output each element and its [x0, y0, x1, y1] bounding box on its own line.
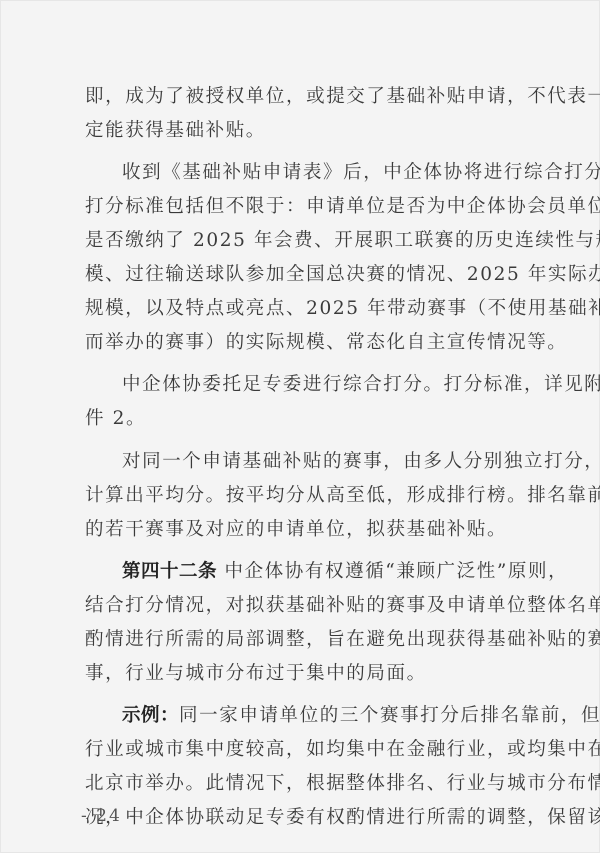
text-line: 的若干赛事及对应的申请单位，拟获基础补贴。	[85, 518, 525, 542]
text-line: 中企体协委托足专委进行综合打分。打分标准，详见附	[85, 373, 562, 397]
line-text: 即，成为了被授权单位，或提交了基础补贴申请，不代表一	[85, 86, 600, 107]
text-line: 况，中企体协联动足专委有权酌情进行所需的调整，保留该	[85, 806, 525, 830]
article-heading: 第四十二条	[122, 561, 217, 582]
article-heading: 示例：	[122, 705, 179, 726]
line-text: 中企体协委托足专委进行综合打分。打分标准，详见附	[122, 374, 600, 395]
line-text: 酌情进行所需的局部调整，旨在避免出现获得基础补贴的赛	[85, 629, 600, 650]
text-line: 模、过往输送球队参加全国总决赛的情况、2025 年实际办赛	[85, 263, 525, 287]
line-text: 是否缴纳了 2025 年会费、开展职工联赛的历史连续性与规	[85, 230, 600, 251]
text-line: 是否缴纳了 2025 年会费、开展职工联赛的历史连续性与规	[85, 229, 525, 253]
text-line: 规模，以及特点或亮点、2025 年带动赛事（不使用基础补贴	[85, 297, 525, 321]
line-text: 的若干赛事及对应的申请单位，拟获基础补贴。	[85, 519, 507, 540]
text-line: 收到《基础补贴申请表》后，中企体协将进行综合打分，	[85, 161, 562, 185]
text-line: 示例：同一家申请单位的三个赛事打分后排名靠前，但	[85, 704, 562, 728]
text-line: 定能获得基础补贴。	[85, 119, 525, 143]
line-text: 定能获得基础补贴。	[85, 120, 266, 141]
line-text: 计算出平均分。按平均分从高至低，形成排行榜。排名靠前	[85, 485, 600, 506]
page-number: - 24 -	[81, 806, 137, 826]
line-text: 中企体协有权遵循“兼顾广泛性”原则，	[217, 561, 568, 582]
text-line: 件 2。	[85, 407, 525, 431]
line-text: 事，行业与城市分布过于集中的局面。	[85, 663, 427, 684]
line-text: 同一家申请单位的三个赛事打分后排名靠前，但	[179, 705, 600, 726]
text-line: 而举办的赛事）的实际规模、常态化自主宣传情况等。	[85, 331, 525, 355]
text-line: 打分标准包括但不限于：申请单位是否为中企体协会员单位、	[85, 195, 525, 219]
text-line: 对同一个申请基础补贴的赛事，由多人分别独立打分，	[85, 450, 562, 474]
line-text: 件 2。	[85, 408, 146, 429]
line-text: 打分标准包括但不限于：申请单位是否为中企体协会员单位、	[85, 196, 600, 217]
text-line: 北京市举办。此情况下，根据整体排名、行业与城市分布情	[85, 772, 525, 796]
line-text: 北京市举办。此情况下，根据整体排名、行业与城市分布情	[85, 773, 600, 794]
document-page: 即，成为了被授权单位，或提交了基础补贴申请，不代表一定能获得基础补贴。收到《基础…	[0, 0, 600, 853]
line-text: 对同一个申请基础补贴的赛事，由多人分别独立打分，	[122, 451, 600, 472]
line-text: 况，中企体协联动足专委有权酌情进行所需的调整，保留该	[85, 807, 600, 828]
line-text: 收到《基础补贴申请表》后，中企体协将进行综合打分，	[122, 162, 600, 183]
text-line: 第四十二条 中企体协有权遵循“兼顾广泛性”原则，	[85, 560, 562, 584]
line-text: 而举办的赛事）的实际规模、常态化自主宣传情况等。	[85, 332, 567, 353]
text-line: 行业或城市集中度较高，如均集中在金融行业，或均集中在	[85, 738, 525, 762]
text-line: 即，成为了被授权单位，或提交了基础补贴申请，不代表一	[85, 85, 525, 109]
text-line: 结合打分情况，对拟获基础补贴的赛事及申请单位整体名单，	[85, 594, 525, 618]
line-text: 行业或城市集中度较高，如均集中在金融行业，或均集中在	[85, 739, 600, 760]
line-text: 模、过往输送球队参加全国总决赛的情况、2025 年实际办赛	[85, 264, 600, 285]
text-line: 酌情进行所需的局部调整，旨在避免出现获得基础补贴的赛	[85, 628, 525, 652]
text-line: 计算出平均分。按平均分从高至低，形成排行榜。排名靠前	[85, 484, 525, 508]
line-text: 规模，以及特点或亮点、2025 年带动赛事（不使用基础补贴	[85, 298, 600, 319]
line-text: 结合打分情况，对拟获基础补贴的赛事及申请单位整体名单，	[85, 595, 600, 616]
text-line: 事，行业与城市分布过于集中的局面。	[85, 662, 525, 686]
